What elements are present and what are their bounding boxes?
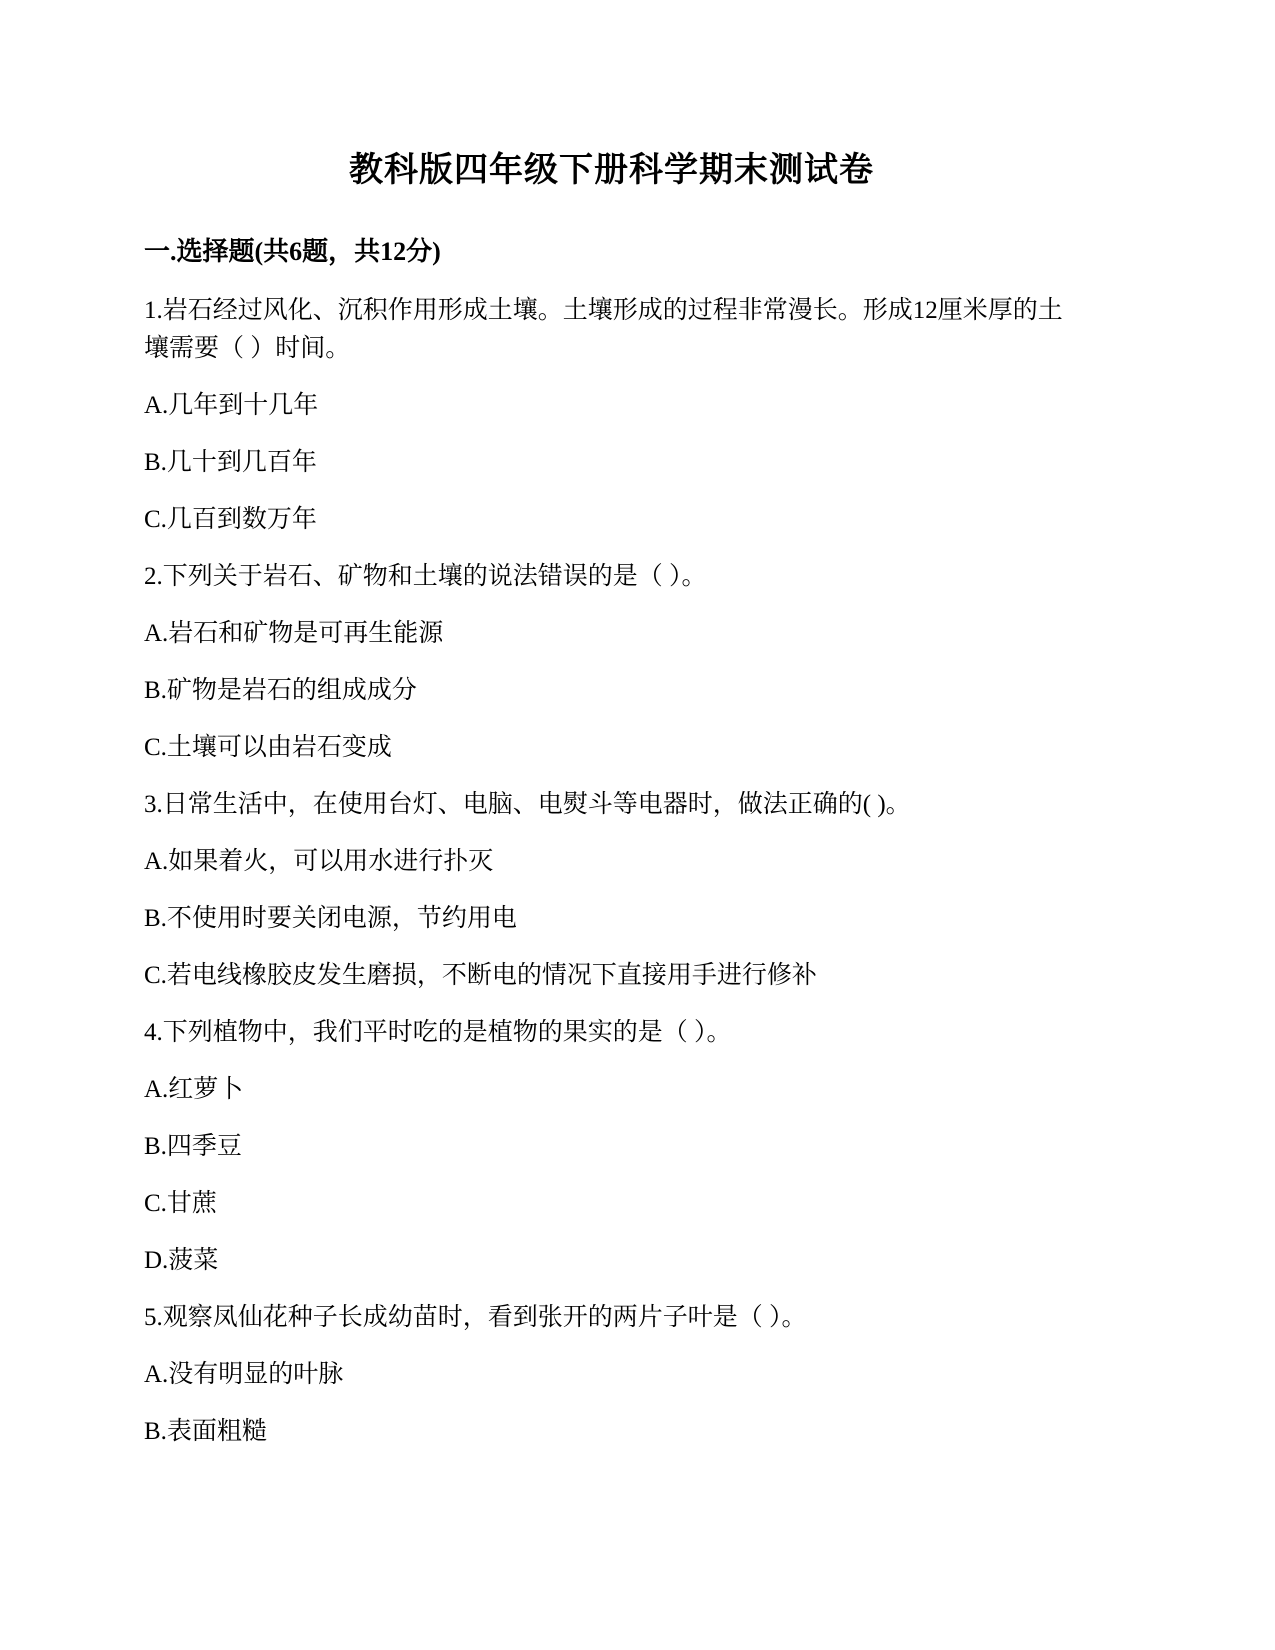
question-4-option-C: C.甘蔗 — [144, 1185, 1079, 1223]
exam-paper-page: 教科版四年级下册科学期末测试卷 一.选择题(共6题，共12分) 1.岩石经过风化… — [0, 0, 1275, 1650]
question-4-stem: 4.下列植物中，我们平时吃的是植物的果实的是（ ）。 — [144, 1014, 1079, 1052]
question-3-option-B: B.不使用时要关闭电源，节约用电 — [144, 900, 1079, 938]
section-heading: 一.选择题(共6题，共12分) — [144, 234, 1079, 270]
question-1-option-A: A.几年到十几年 — [144, 387, 1079, 425]
question-4-option-A: A.红萝卜 — [144, 1071, 1079, 1109]
question-list: 1.岩石经过风化、沉积作用形成土壤。土壤形成的过程非常漫长。形成12厘米厚的土壤… — [144, 292, 1079, 1451]
question-4-option-D: D.菠菜 — [144, 1242, 1079, 1280]
question-2-stem: 2.下列关于岩石、矿物和土壤的说法错误的是（ ）。 — [144, 558, 1079, 596]
question-5-stem: 5.观察凤仙花种子长成幼苗时，看到张开的两片子叶是（ ）。 — [144, 1299, 1079, 1337]
question-2-option-A: A.岩石和矿物是可再生能源 — [144, 615, 1079, 653]
question-1-option-C: C.几百到数万年 — [144, 501, 1079, 539]
question-1-stem: 1.岩石经过风化、沉积作用形成土壤。土壤形成的过程非常漫长。形成12厘米厚的土壤… — [144, 292, 1079, 368]
question-3-option-A: A.如果着火，可以用水进行扑灭 — [144, 843, 1079, 881]
question-3-option-C: C.若电线橡胶皮发生磨损，不断电的情况下直接用手进行修补 — [144, 957, 1079, 995]
question-2-option-C: C.土壤可以由岩石变成 — [144, 729, 1079, 767]
question-5-option-B: B.表面粗糙 — [144, 1413, 1079, 1451]
question-3-stem: 3.日常生活中，在使用台灯、电脑、电熨斗等电器时，做法正确的( )。 — [144, 786, 1079, 824]
question-2-option-B: B.矿物是岩石的组成成分 — [144, 672, 1079, 710]
question-1-option-B: B.几十到几百年 — [144, 444, 1079, 482]
page-title: 教科版四年级下册科学期末测试卷 — [144, 149, 1079, 193]
question-4-option-B: B.四季豆 — [144, 1128, 1079, 1166]
question-5-option-A: A.没有明显的叶脉 — [144, 1356, 1079, 1394]
